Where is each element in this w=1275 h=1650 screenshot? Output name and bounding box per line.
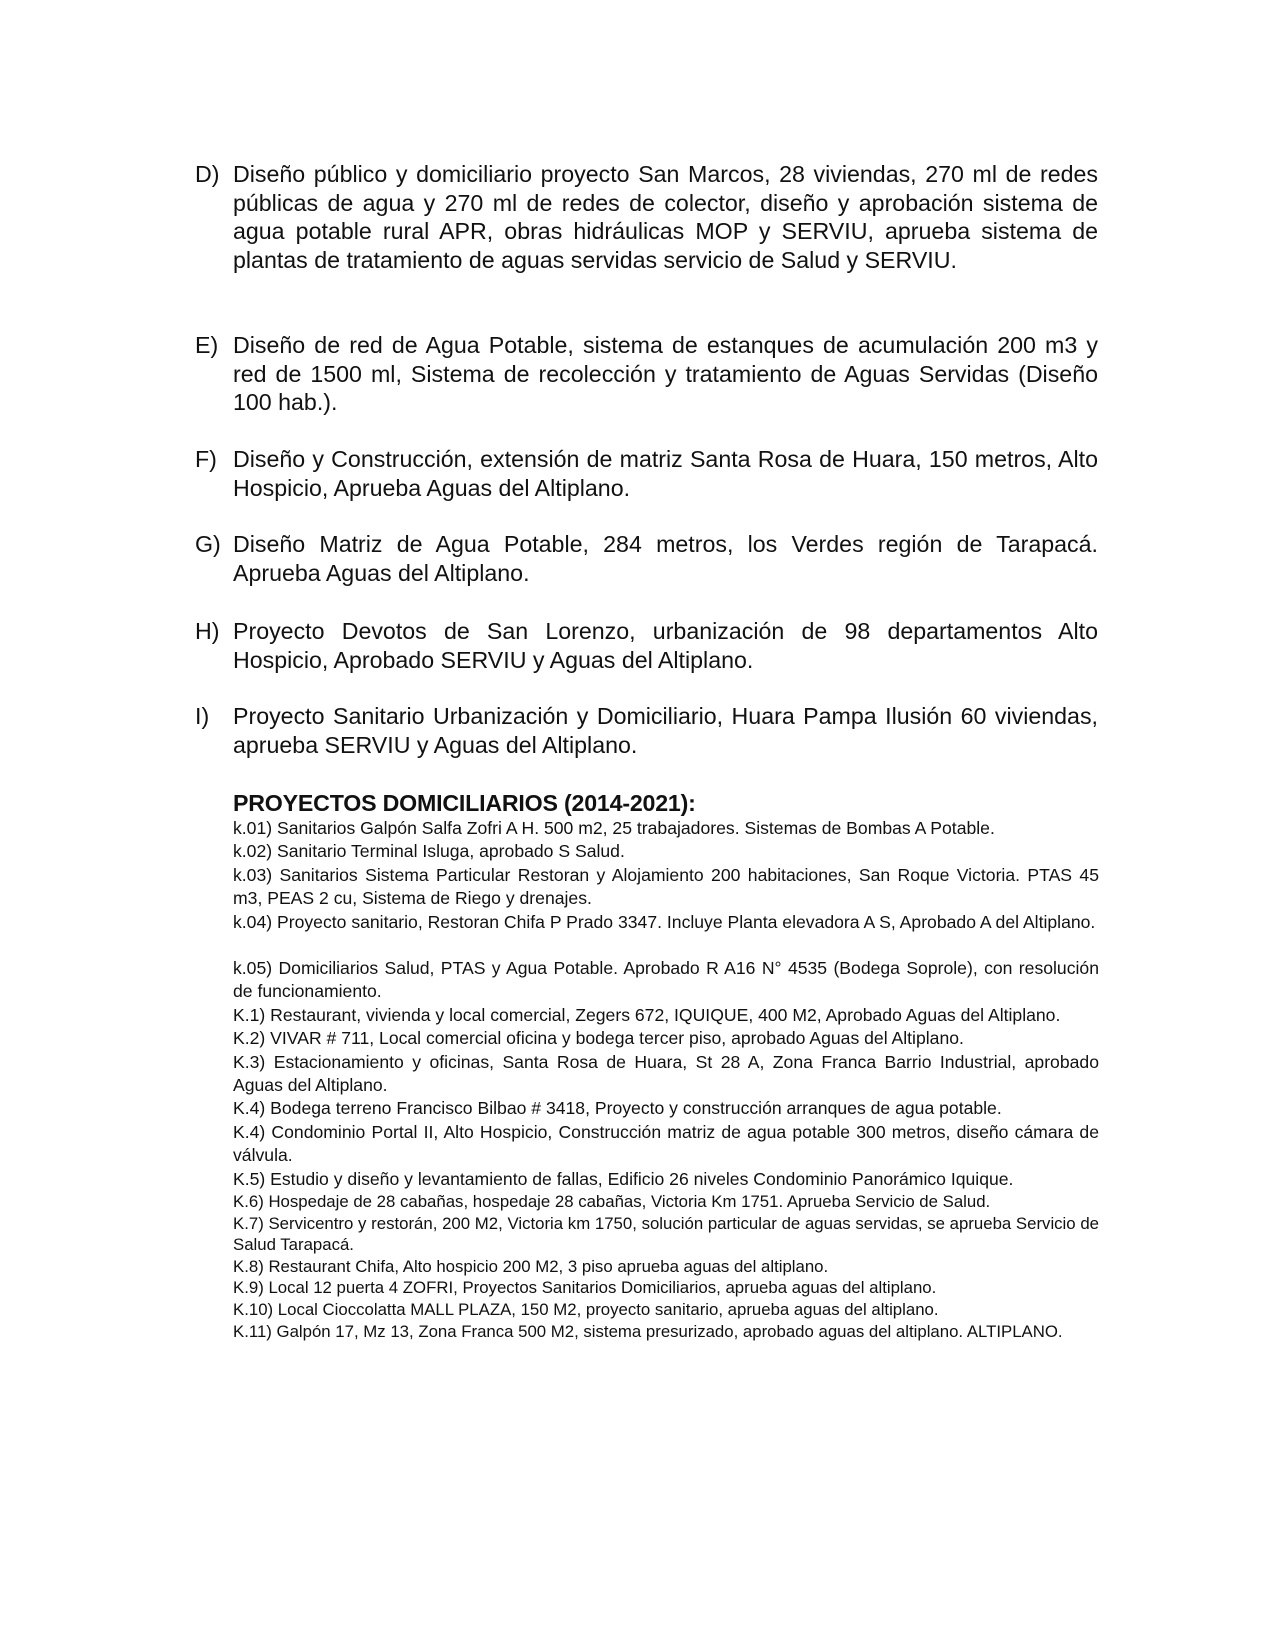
item-label: H) [195, 617, 233, 674]
project-list: k.01) Sanitarios Galpón Salfa Zofri A H.… [233, 817, 1099, 1342]
project-entry: K.2) VIVAR # 711, Local comercial oficin… [233, 1027, 1099, 1050]
item-text: Diseño público y domiciliario proyecto S… [233, 160, 1098, 274]
item-label: E) [195, 331, 233, 417]
project-entry: K.4) Condominio Portal II, Alto Hospicio… [233, 1121, 1099, 1168]
project-entry: K.9) Local 12 puerta 4 ZOFRI, Proyectos … [233, 1277, 1099, 1299]
project-entry: K.7) Servicentro y restorán, 200 M2, Vic… [233, 1213, 1099, 1256]
project-entry: K.5) Estudio y diseño y levantamiento de… [233, 1168, 1099, 1191]
project-entry: K.8) Restaurant Chifa, Alto hospicio 200… [233, 1256, 1099, 1278]
item-label: D) [195, 160, 233, 274]
list-item-e: E)Diseño de red de Agua Potable, sistema… [195, 331, 1098, 417]
project-entry: k.05) Domiciliarios Salud, PTAS y Agua P… [233, 957, 1099, 1004]
item-text: Proyecto Devotos de San Lorenzo, urbaniz… [233, 617, 1098, 674]
list-item-h: H)Proyecto Devotos de San Lorenzo, urban… [195, 617, 1098, 674]
item-label: F) [195, 445, 233, 502]
list-item-g: G)Diseño Matriz de Agua Potable, 284 met… [195, 530, 1098, 587]
project-entry: K.10) Local Cioccolatta MALL PLAZA, 150 … [233, 1299, 1099, 1321]
item-text: Diseño de red de Agua Potable, sistema d… [233, 331, 1098, 417]
item-label: I) [195, 702, 233, 759]
project-entry: K.6) Hospedaje de 28 cabañas, hospedaje … [233, 1191, 1099, 1213]
project-entry: K.4) Bodega terreno Francisco Bilbao # 3… [233, 1097, 1099, 1120]
project-entry: k.02) Sanitario Terminal Isluga, aprobad… [233, 840, 1099, 863]
item-text: Diseño Matriz de Agua Potable, 284 metro… [233, 530, 1098, 587]
section-heading: PROYECTOS DOMICILIARIOS (2014-2021): [233, 789, 1099, 817]
item-label: G) [195, 530, 233, 587]
list-item-i: I)Proyecto Sanitario Urbanización y Domi… [195, 702, 1098, 759]
project-entry: K.11) Galpón 17, Mz 13, Zona Franca 500 … [233, 1321, 1099, 1343]
project-entry: K.3) Estacionamiento y oficinas, Santa R… [233, 1051, 1099, 1098]
list-item-f: F)Diseño y Construcción, extensión de ma… [195, 445, 1098, 502]
project-entry: K.1) Restaurant, vivienda y local comerc… [233, 1004, 1099, 1027]
document-page: D)Diseño público y domiciliario proyecto… [0, 0, 1275, 1650]
project-entry: k.04) Proyecto sanitario, Restoran Chifa… [233, 911, 1099, 934]
domiciliary-projects-section: PROYECTOS DOMICILIARIOS (2014-2021): k.0… [233, 789, 1099, 1342]
project-entry: k.03) Sanitarios Sistema Particular Rest… [233, 864, 1099, 911]
list-item-d: D)Diseño público y domiciliario proyecto… [195, 160, 1098, 274]
item-text: Diseño y Construcción, extensión de matr… [233, 445, 1098, 502]
project-entry: k.01) Sanitarios Galpón Salfa Zofri A H.… [233, 817, 1099, 840]
item-text: Proyecto Sanitario Urbanización y Domici… [233, 702, 1098, 759]
